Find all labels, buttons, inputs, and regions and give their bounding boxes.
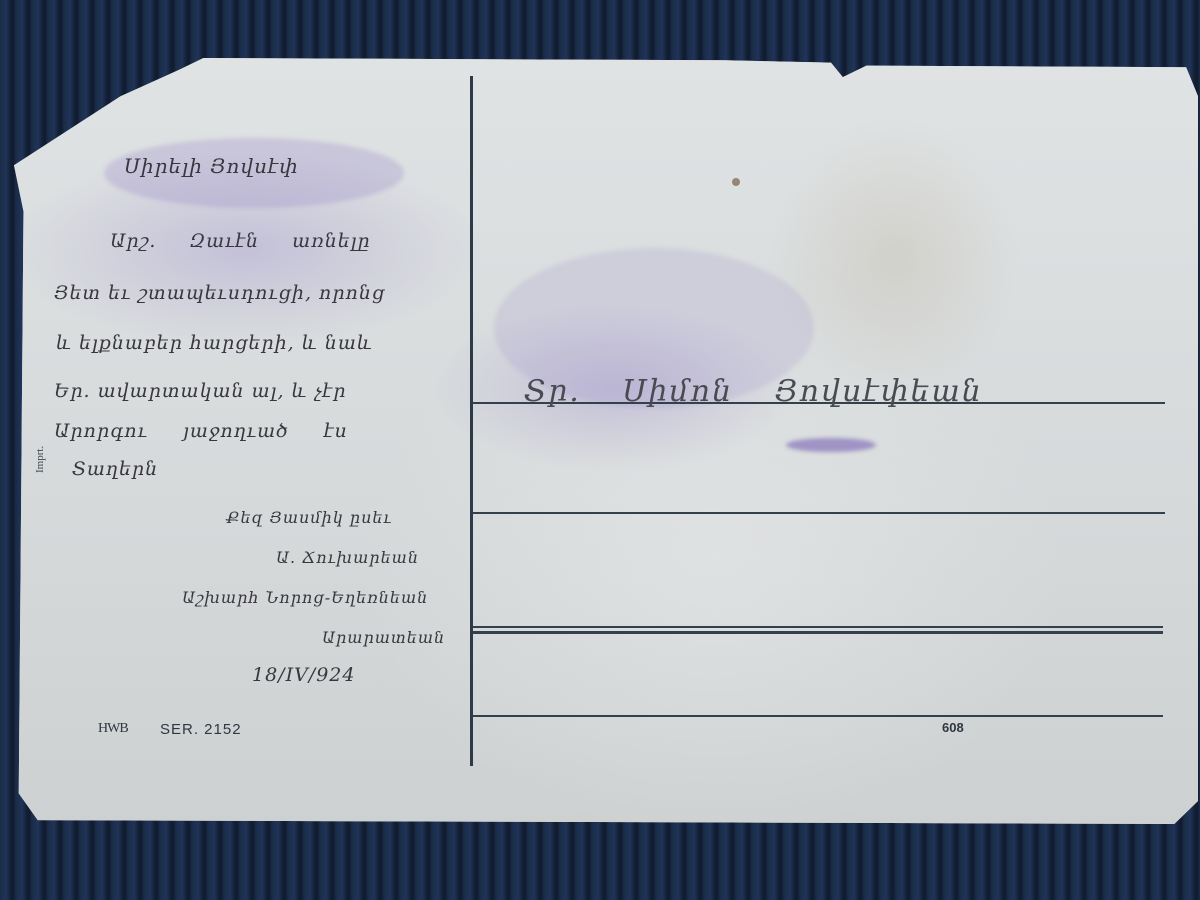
card-number: 608: [942, 720, 964, 735]
date: 18/IV/924: [252, 664, 355, 686]
message-line: Յետ եւ շտապեւսդուցի, որոնց: [54, 282, 385, 304]
publisher-mark: HWB: [98, 721, 128, 737]
salutation: Սիրելի Յովսէփ: [124, 154, 299, 178]
address-line-3a: [473, 626, 1163, 628]
address-recipient: Տր. Սիմոն Յովսէփեան: [524, 374, 983, 409]
message-line: Տաղերն: [72, 458, 158, 480]
message-line: և ելքնաբեր հարցերի, և նաև: [56, 332, 373, 354]
address-line-3b: [473, 631, 1163, 634]
address-line-4: [473, 715, 1163, 717]
message-line: Արշ. Զաւէն առնելը: [110, 230, 371, 252]
closing-line: Ա. Ճուխարեան: [276, 548, 419, 567]
closing-line: Արարատեան: [322, 628, 445, 647]
message-line: Եր. ավարտական ալ, և չէր: [54, 380, 346, 402]
postcard: Imprt. Սիրելի Յովսէփ Արշ. Զաւէն առնելը Յ…: [14, 58, 1198, 824]
rust-spot: [732, 178, 740, 186]
ink-stain: [786, 438, 876, 452]
divider-line: [470, 76, 473, 766]
message-line: Արորգու յաջողւած էս: [54, 420, 348, 442]
address-line-2: [473, 512, 1165, 514]
closing-line: Աշխարհ Նորոց-Եղեռնեան: [182, 588, 428, 607]
closing-line: Քեզ Յասմիկ ըսեւ: [226, 508, 392, 527]
series-number: SER. 2152: [160, 721, 242, 738]
imprint-label: Imprt.: [34, 446, 46, 473]
